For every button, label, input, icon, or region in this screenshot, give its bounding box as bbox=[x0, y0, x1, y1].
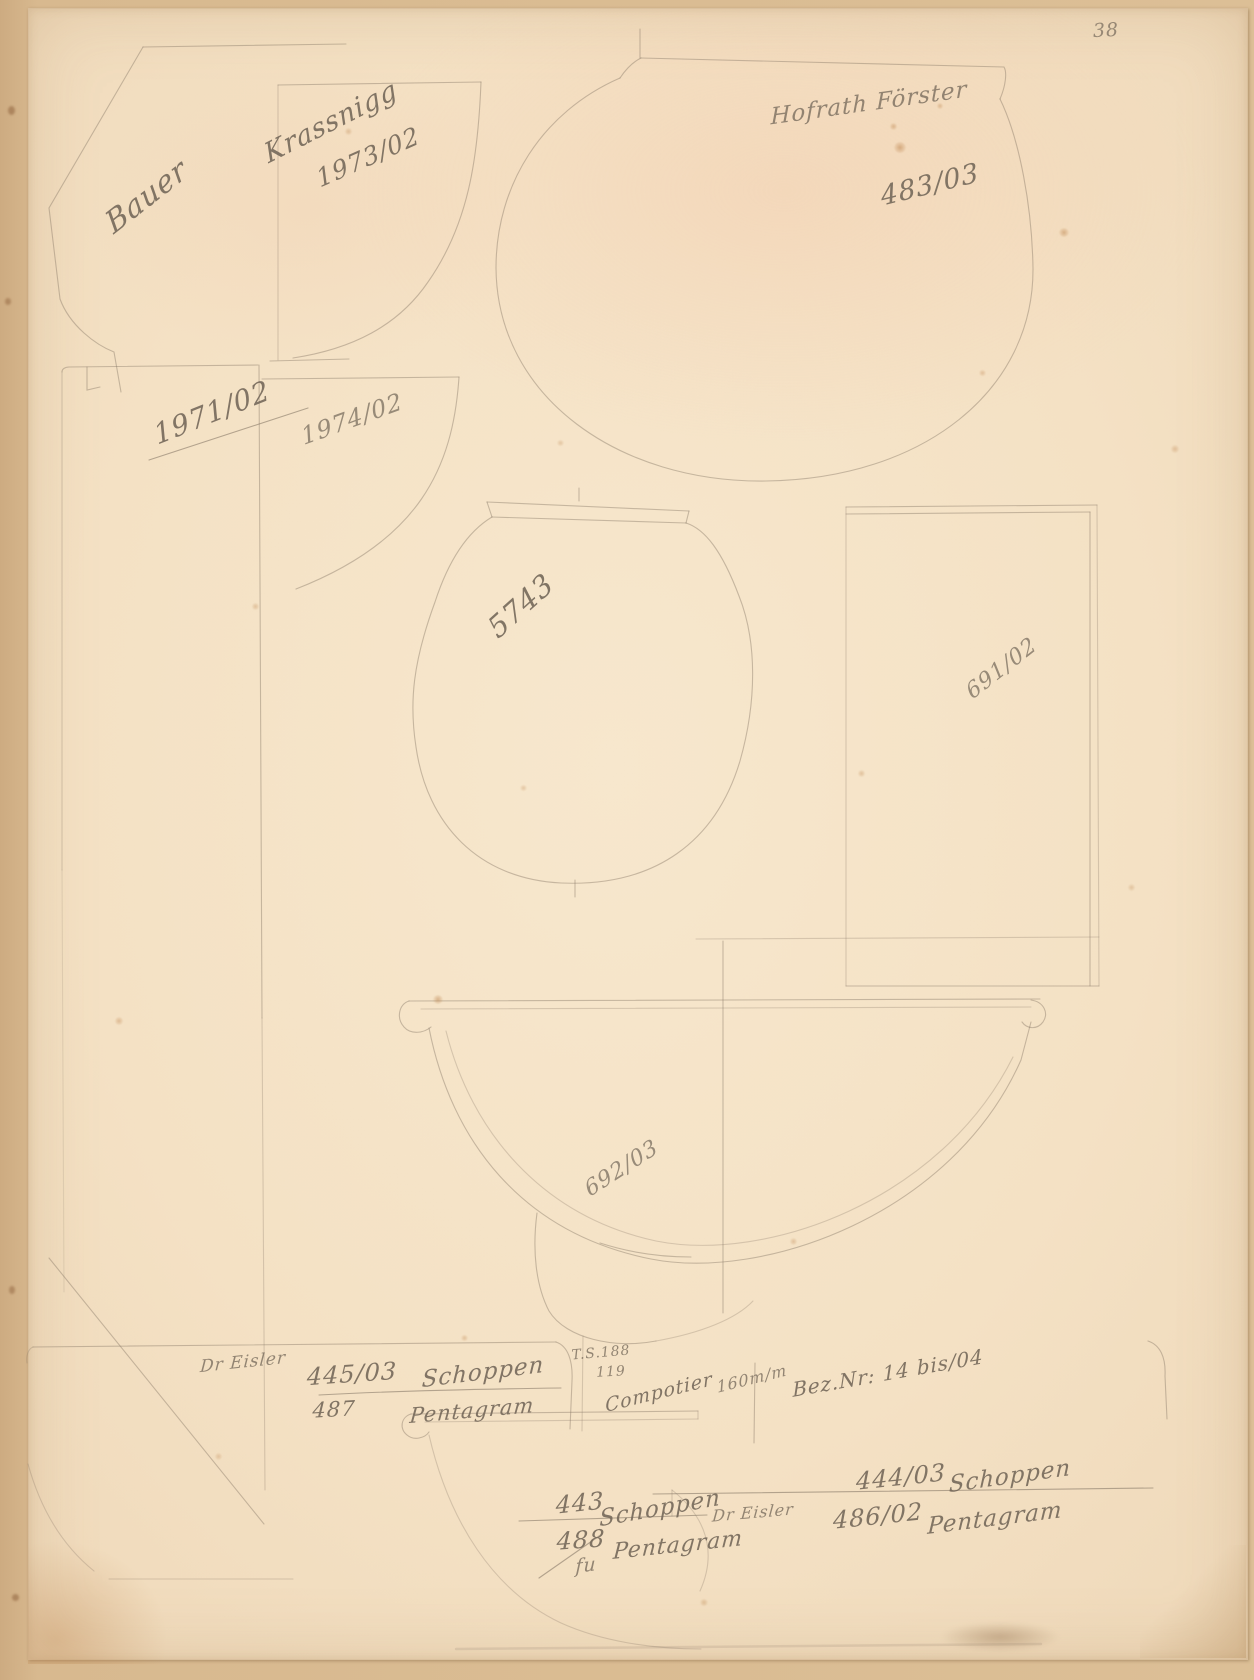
pencil-stroke bbox=[686, 511, 689, 523]
bottom-number-443: 443 bbox=[556, 1488, 605, 1517]
bottom-number-488: 488 bbox=[556, 1526, 606, 1554]
fox-spot bbox=[858, 770, 865, 777]
pencil-stroke bbox=[556, 1342, 572, 1429]
fox-spot bbox=[937, 103, 943, 109]
pencil-stroke bbox=[496, 78, 1033, 481]
pencil-stroke bbox=[846, 505, 1097, 507]
tall-rectangle-outline bbox=[696, 505, 1099, 986]
pencil-stroke bbox=[259, 365, 262, 1018]
pencil-stroke bbox=[429, 1022, 1031, 1263]
pencil-stroke bbox=[399, 1001, 431, 1032]
pencil-stroke bbox=[87, 367, 100, 390]
pencil-stroke bbox=[262, 377, 459, 379]
fox-spot bbox=[215, 1453, 222, 1460]
fox-spot bbox=[520, 785, 527, 791]
note-number-445: 445/03 bbox=[306, 1359, 397, 1389]
pencil-stroke bbox=[1097, 505, 1099, 986]
fox-spot bbox=[700, 1599, 708, 1606]
pencil-stroke bbox=[456, 1644, 1041, 1649]
fox-spot bbox=[461, 1335, 468, 1341]
pencil-stroke bbox=[1022, 1000, 1046, 1028]
pencil-stroke bbox=[27, 1347, 33, 1363]
pencil-stroke bbox=[62, 870, 64, 1292]
pencil-stroke bbox=[421, 1007, 1031, 1009]
pencil-stroke bbox=[535, 1213, 656, 1344]
pencil-drawing-layer bbox=[0, 0, 1254, 1680]
pencil-stroke bbox=[262, 1018, 265, 1490]
bottom-mark-fu: fu bbox=[575, 1555, 597, 1577]
pencil-stroke bbox=[413, 517, 753, 883]
scanned-sketchbook-page: { "page_number": "38", "colors": {"paper… bbox=[0, 0, 1254, 1680]
pencil-stroke bbox=[487, 502, 689, 511]
fox-spot bbox=[557, 440, 564, 446]
pencil-stroke bbox=[49, 1258, 264, 1524]
page-number: 38 bbox=[1092, 21, 1119, 41]
fox-spot bbox=[890, 123, 897, 130]
pencil-stroke bbox=[487, 502, 492, 517]
fox-spot bbox=[979, 370, 986, 376]
fox-spot bbox=[790, 1238, 797, 1245]
compotier-profile-outline bbox=[535, 1213, 753, 1344]
fox-spot bbox=[345, 128, 352, 135]
pencil-stroke bbox=[28, 1464, 94, 1571]
pencil-stroke bbox=[846, 512, 1090, 514]
large-bowl-outline bbox=[399, 941, 1045, 1313]
fox-spot bbox=[1171, 445, 1179, 453]
beaker-outline bbox=[49, 44, 346, 392]
pencil-stroke bbox=[409, 999, 1040, 1001]
note-ref-line2: 119 bbox=[596, 1364, 626, 1380]
pencil-stroke bbox=[696, 937, 1099, 939]
fox-spot bbox=[252, 603, 259, 610]
fox-spot bbox=[433, 995, 443, 1004]
fox-spot bbox=[1059, 228, 1069, 237]
pencil-stroke bbox=[143, 44, 346, 47]
pencil-stroke bbox=[446, 1031, 1013, 1245]
pencil-stroke bbox=[492, 517, 686, 523]
pencil-stroke bbox=[656, 1301, 753, 1341]
pencil-stroke bbox=[270, 359, 349, 361]
pencil-stroke bbox=[33, 1342, 556, 1347]
pencil-strokes bbox=[27, 29, 1167, 1649]
pencil-stroke bbox=[600, 1243, 691, 1257]
note-number-487: 487 bbox=[312, 1398, 356, 1421]
pencil-stroke bbox=[1148, 1341, 1167, 1419]
ovoid-vase-outline bbox=[413, 488, 753, 897]
tall-panel-outline bbox=[62, 365, 265, 1490]
fox-spot bbox=[115, 1017, 123, 1025]
pencil-stroke bbox=[620, 58, 641, 78]
pencil-stroke bbox=[62, 365, 258, 372]
fox-spot bbox=[1128, 884, 1135, 891]
fox-spot bbox=[894, 142, 906, 153]
